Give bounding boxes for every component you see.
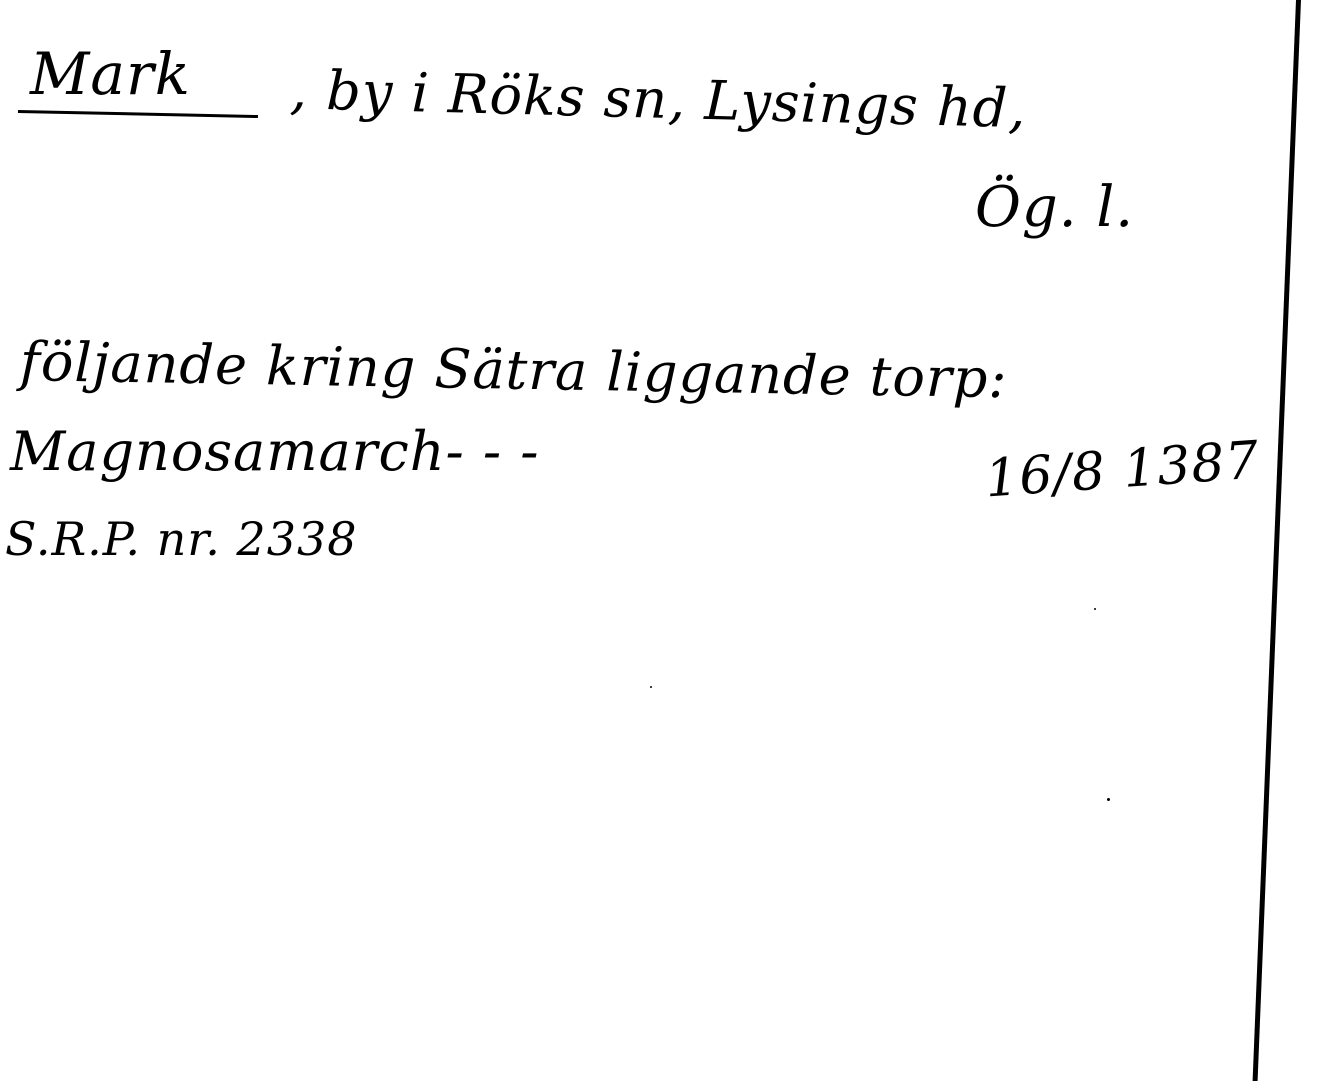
place-name-heading: Mark <box>30 40 191 108</box>
body-line-2: Magnosamarch- - - <box>10 420 540 483</box>
card-edge-line <box>1253 0 1301 1081</box>
date: 16/8 1387 <box>983 430 1261 509</box>
scan-speck <box>650 686 652 688</box>
index-card: Mark , by i Röks sn, Lysings hd, Ög. l. … <box>0 0 1322 1081</box>
scan-speck <box>1094 608 1096 610</box>
body-line-1: följande kring Sätra liggande torp: <box>19 330 1008 410</box>
heading-underline <box>18 110 258 118</box>
county-abbrev: Ög. l. <box>975 175 1134 240</box>
scan-speck <box>1107 798 1110 801</box>
location-line: , by i Röks sn, Lysings hd, <box>289 58 1027 140</box>
source-reference: S.R.P. nr. 2338 <box>5 512 358 566</box>
